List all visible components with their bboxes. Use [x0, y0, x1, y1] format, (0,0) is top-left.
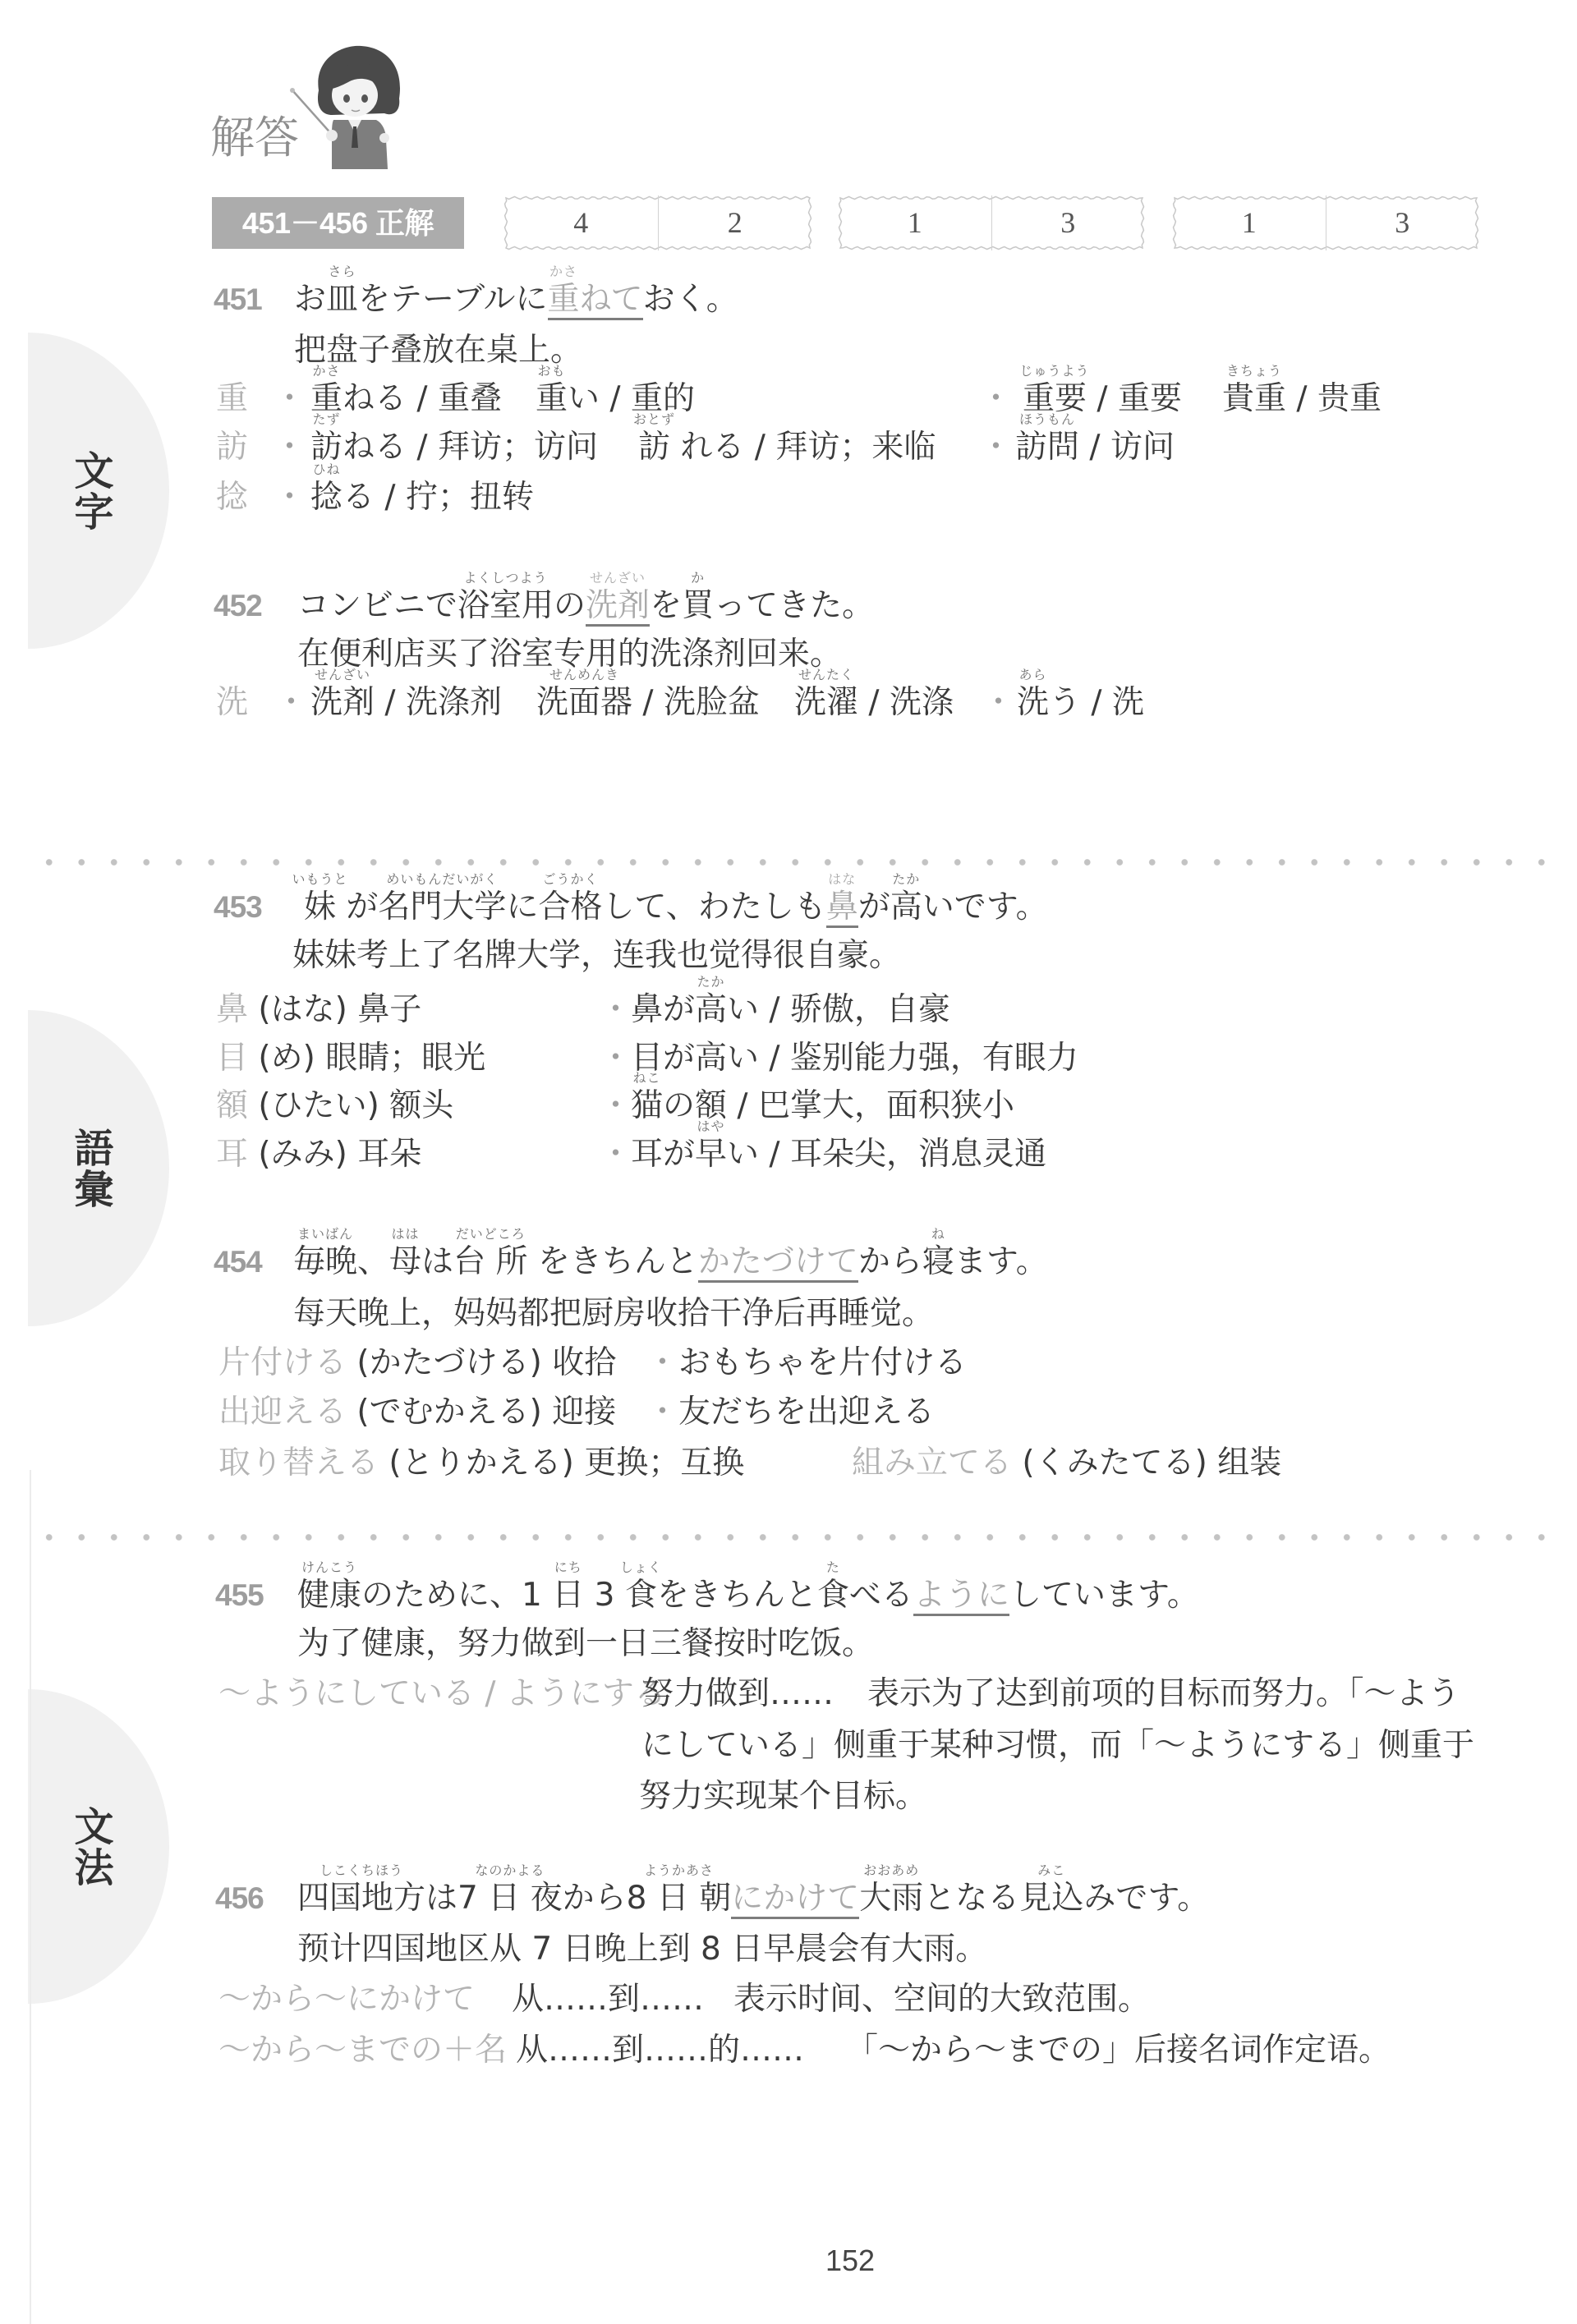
ruby-base: 健康けんこう: [297, 1579, 361, 1611]
light-text: 鼻: [216, 991, 248, 1028]
furigana: じゅうよう: [1019, 365, 1089, 378]
vocab-term: 組み立てる (くみたてる) 组装: [852, 1447, 1281, 1479]
answer-cell: 1: [839, 195, 991, 250]
answer-underline: ねて: [580, 283, 643, 320]
furigana: ようかあさ: [644, 1864, 714, 1877]
ruby-base: 母はは: [389, 1246, 421, 1278]
ruby-base: 毎晩まいばん: [293, 1246, 357, 1278]
furigana: せんたく: [798, 668, 854, 682]
vocab-item: 重かさねる / 重叠: [310, 383, 502, 415]
question-number: 452: [214, 590, 262, 622]
question-sentence: 妹いもうと が名門大学めいもんだいがくに合格ごうかくして、わたしも鼻はなが高たか…: [304, 891, 1048, 928]
side-tab-label: 語彙: [69, 1128, 112, 1210]
vocab-item: 洗面器せんめんき / 洗脸盆: [536, 687, 760, 719]
furigana: さら: [329, 265, 356, 278]
grammar-explanation: 表示为了达到前项的目标而努力。「～よう: [867, 1678, 1460, 1710]
furigana: めいもんだいがく: [386, 873, 498, 886]
question-sentence: コンビニで浴室用よくしつようの洗剤せんざいを買かってきた。: [297, 590, 874, 627]
ruby-base: 台 所だいどころ: [453, 1246, 527, 1278]
answer-underline: 鼻はな: [826, 891, 858, 928]
ruby-base: 7 日 夜なのかよる: [457, 1882, 563, 1914]
kanji-label: 訪: [216, 431, 248, 463]
grammar-term: ～ようにしている / ようにする: [218, 1678, 666, 1710]
grammar-explanation: 表示时间、空间的大致范围。: [733, 1983, 1150, 2015]
answer-group: 1 3: [839, 195, 1144, 250]
grammar-term: ～から～までの＋名: [218, 2034, 507, 2066]
ruby-base: 日にち: [552, 1579, 584, 1611]
furigana: おおあめ: [863, 1864, 919, 1877]
furigana: おとず: [633, 413, 675, 426]
vocab-item: 訪問ほうもん / 访问: [1015, 431, 1175, 463]
bullet: ・: [600, 994, 632, 1026]
ruby-base: 高たか: [890, 891, 922, 923]
ruby-base: 洗面器せんめんき: [536, 687, 632, 719]
furigana: せんめんき: [549, 668, 619, 682]
question-sentence: 四国地方しこくちほうは7 日 夜なのかよるから8 日 朝ようかあさにかけて大雨お…: [297, 1882, 1209, 1919]
question-sentence: お皿さらをテーブルに重かさねておく。: [294, 283, 738, 320]
furigana: かさ: [312, 365, 340, 378]
side-tab-label: 文法: [69, 1806, 112, 1888]
furigana: かさ: [549, 265, 577, 278]
page-edge-line: [30, 1470, 31, 2324]
grammar-meaning: 从……到……的……: [516, 2034, 804, 2066]
side-tab-label: 文字: [69, 450, 112, 532]
ruby-base: 訪問ほうもん: [1015, 431, 1079, 463]
ruby-base: 鼻はな: [826, 891, 858, 923]
bullet: ・: [275, 687, 307, 719]
side-tab-moji: 文字: [28, 333, 169, 649]
grammar-explanation: 「～から～までの」后接名词作定语。: [846, 2034, 1391, 2066]
answer-cell: 3: [991, 195, 1145, 250]
light-text: 取り替える: [218, 1444, 379, 1481]
vocab-item: 洗剤せんざい / 洗涤剂: [310, 687, 502, 719]
vocab-item: 貴重きちょう / 贵重: [1222, 383, 1382, 415]
vocab-example: 猫ねこの額 / 巴掌大，面积狭小: [631, 1090, 1014, 1122]
vocab-item: 洗あらう / 洗: [1017, 687, 1144, 719]
ruby-base: 見込みこ: [1019, 1882, 1083, 1914]
vocab-example: 耳が早はやい / 耳朵尖，消息灵通: [631, 1138, 1046, 1170]
light-text: 組み立てる: [852, 1444, 1012, 1481]
answer-cell: 4: [504, 195, 658, 250]
vocab-term: 鼻 (はな) 鼻子: [216, 994, 421, 1026]
furigana: いもうと: [292, 873, 347, 886]
question-sentence: 健康けんこうのために、1 日にち 3 食しょくをきちんと食たべるようにしています…: [297, 1579, 1199, 1616]
ruby-base: 重かさ: [548, 283, 580, 315]
question-translation: 在便利店买了浴室专用的洗涤剂回来。: [297, 638, 842, 670]
ruby-base: 高たか: [695, 994, 727, 1026]
answer-underline: 重かさ: [548, 283, 580, 320]
answer-group: 1 3: [1173, 195, 1478, 250]
question-number: 456: [215, 1882, 264, 1914]
grammar-term: ～から～にかけて: [218, 1983, 475, 2015]
light-text: 額: [216, 1087, 248, 1124]
ruby-base: 寝ね: [922, 1246, 954, 1278]
vocab-item: 洗濯せんたく / 洗涤: [794, 687, 954, 719]
answer-cell: 1: [1173, 195, 1326, 250]
grammar-meaning: 努力做到……: [641, 1678, 834, 1710]
furigana: たか: [697, 976, 725, 989]
vocab-item: 重要じゅうよう / 重要: [1023, 383, 1182, 415]
question-number: 455: [215, 1579, 264, 1611]
ruby-base: 洗濯せんたく: [794, 687, 858, 719]
vocab-term: 耳 (みみ) 耳朵: [216, 1138, 421, 1170]
vocab-example: 鼻が高たかい / 骄傲，自豪: [631, 994, 950, 1026]
bullet: ・: [982, 687, 1014, 719]
answer-cell: 2: [658, 195, 812, 250]
vocab-example: 友だちを出迎える: [678, 1396, 935, 1428]
light-text: 耳: [216, 1136, 248, 1173]
answer-cell: 3: [1326, 195, 1479, 250]
vocab-term: 目 (め) 眼睛；眼光: [216, 1042, 485, 1074]
dotted-separator: [33, 1533, 1570, 1541]
ruby-base: 訪たず: [310, 431, 343, 463]
ruby-base: 洗剤せんざい: [586, 590, 650, 622]
ruby-base: 猫ねこ: [631, 1090, 663, 1122]
furigana: ひね: [312, 463, 340, 476]
grammar-meaning: 从……到……: [512, 1983, 704, 2015]
ruby-base: 捻ひね: [310, 481, 343, 513]
side-tab-bunpou: 文法: [28, 1689, 169, 2004]
ruby-base: 妹いもうと: [304, 891, 336, 923]
bullet: ・: [274, 431, 306, 463]
vocab-item: 訪たずねる / 拜访；访问: [310, 431, 598, 463]
answer-range-label: 451－456 正解: [212, 197, 464, 249]
kanji-label: 洗: [216, 687, 248, 719]
question-number: 453: [214, 891, 262, 923]
furigana: せんざい: [590, 572, 646, 585]
furigana: か: [691, 572, 705, 585]
bullet: ・: [980, 431, 1012, 463]
ruby-base: 皿さら: [326, 283, 358, 315]
question-number: 451: [214, 283, 262, 315]
furigana: はは: [392, 1228, 420, 1241]
ruby-base: 洗あら: [1017, 687, 1049, 719]
answer-underline: 洗剤せんざい: [586, 590, 650, 627]
ruby-base: 貴重きちょう: [1222, 383, 1286, 415]
question-sentence: 毎晩まいばん、母ははは台 所だいどころ をきちんとかたづけてから寝ねます。: [293, 1246, 1048, 1283]
bullet: ・: [646, 1396, 678, 1428]
side-tab-goi: 語彙: [28, 1010, 169, 1326]
vocab-item: 重おもい / 重的: [536, 383, 695, 415]
grammar-explanation: 努力实现某个目标。: [639, 1780, 927, 1812]
furigana: まいばん: [297, 1228, 353, 1241]
page-number: 152: [809, 2244, 891, 2277]
answer-group: 4 2: [504, 195, 811, 250]
dotted-separator: [33, 858, 1570, 866]
furigana: はな: [828, 873, 856, 886]
vocab-term: 出迎える (でむかえる) 迎接: [218, 1396, 616, 1428]
furigana: ほうもん: [1019, 413, 1075, 426]
furigana: みこ: [1037, 1864, 1065, 1877]
question-translation: 预计四国地区从 7 日晚上到 8 日早晨会有大雨。: [297, 1933, 987, 1965]
question-translation: 每天晚上，妈妈都把厨房收拾干净后再睡觉。: [293, 1297, 934, 1330]
answer-underline: かたづけて: [698, 1246, 858, 1283]
furigana: た: [826, 1561, 840, 1574]
ruby-base: 四国地方しこくちほう: [297, 1882, 425, 1914]
ruby-base: 浴室用よくしつよう: [457, 590, 554, 622]
ruby-base: 大雨おおあめ: [859, 1882, 923, 1914]
question-translation: 为了健康，努力做到一日三餐按时吃饭。: [297, 1628, 874, 1660]
vocab-term: 片付ける (かたづける) 收拾: [218, 1347, 616, 1379]
light-text: 目: [216, 1040, 248, 1077]
bullet: ・: [980, 383, 1012, 415]
furigana: ねこ: [632, 1072, 660, 1085]
question-translation: 妹妹考上了名牌大学，连我也觉得很自豪。: [292, 939, 901, 971]
furigana: たず: [312, 413, 340, 426]
bullet: ・: [600, 1138, 632, 1170]
answer-underline: にかけて: [731, 1882, 859, 1919]
ruby-base: 洗剤せんざい: [310, 687, 375, 719]
furigana: よくしつよう: [464, 572, 548, 585]
furigana: おも: [537, 365, 565, 378]
furigana: ごうかく: [542, 873, 598, 886]
bullet: ・: [274, 481, 306, 513]
furigana: けんこう: [301, 1561, 357, 1574]
vocab-example: 目が高い / 鉴别能力强，有眼力: [631, 1042, 1078, 1074]
vocab-item: 訪おとず れる / 拜访；来临: [638, 431, 936, 463]
ruby-base: 名門大学めいもんだいがく: [378, 891, 506, 923]
kanji-label: 捻: [216, 481, 248, 513]
furigana: だいどころ: [456, 1228, 526, 1241]
ruby-base: 8 日 朝ようかあさ: [627, 1882, 732, 1914]
ruby-base: 買か: [682, 590, 714, 622]
vocab-item: 捻ひねる / 拧；扭转: [310, 481, 534, 513]
ruby-base: 早はや: [695, 1138, 727, 1170]
ruby-base: 重要じゅうよう: [1023, 383, 1087, 415]
bullet: ・: [646, 1347, 678, 1379]
furigana: はや: [697, 1120, 725, 1133]
answer-underline: ように: [913, 1579, 1009, 1616]
vocab-example: おもちゃを片付ける: [678, 1347, 967, 1379]
ruby-base: 食た: [817, 1579, 849, 1611]
furigana: たか: [892, 873, 920, 886]
furigana: なのかよる: [475, 1864, 545, 1877]
furigana: にち: [554, 1561, 582, 1574]
ruby-base: 重かさ: [310, 383, 343, 415]
ruby-base: 合格ごうかく: [538, 891, 602, 923]
ruby-base: 訪おとず: [638, 431, 670, 463]
teacher-girl-illustration-icon: [286, 39, 409, 171]
furigana: ね: [931, 1228, 945, 1241]
furigana: しこくちほう: [320, 1864, 403, 1877]
bullet: ・: [600, 1042, 632, 1074]
furigana: あら: [1018, 668, 1046, 682]
question-number: 454: [214, 1246, 262, 1278]
bullet: ・: [274, 383, 306, 415]
ruby-base: 重おも: [536, 383, 568, 415]
vocab-term: 取り替える (とりかえる) 更换；互换: [218, 1447, 744, 1479]
grammar-explanation: にしている」侧重于某种习惯，而「～ようにする」侧重于: [641, 1729, 1474, 1761]
question-translation: 把盘子叠放在桌上。: [294, 334, 582, 366]
light-text: 出迎える: [218, 1394, 347, 1431]
kanji-label: 重: [216, 383, 248, 415]
furigana: せんざい: [315, 668, 370, 682]
ruby-base: 食しょく: [625, 1579, 657, 1611]
vocab-term: 額 (ひたい) 额头: [216, 1090, 453, 1122]
furigana: きちょう: [1226, 365, 1282, 378]
light-text: 片付ける: [218, 1344, 347, 1381]
furigana: しょく: [620, 1561, 662, 1574]
bullet: ・: [600, 1090, 632, 1122]
